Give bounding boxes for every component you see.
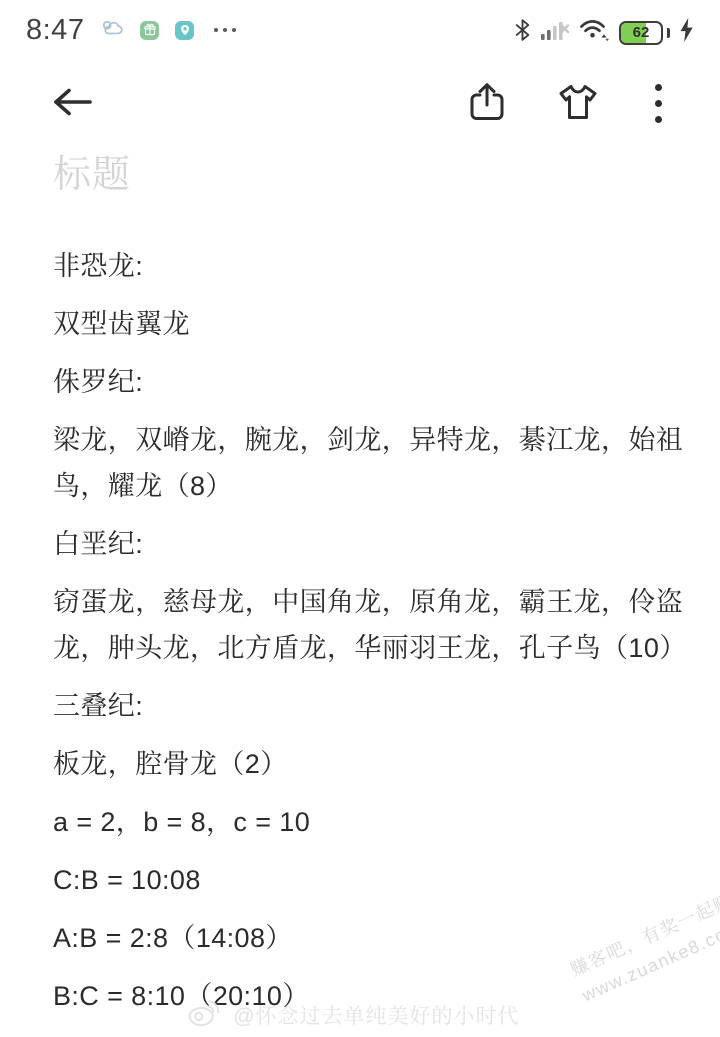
charging-bolt-icon (680, 18, 694, 47)
note-title-input[interactable]: 标题 (53, 151, 670, 199)
back-arrow-icon (52, 88, 94, 119)
status-bar-left: 8:47 (26, 15, 236, 45)
note-line: 龙，肿头龙，北方盾龙，华丽羽王龙，孔子鸟（10） (53, 625, 674, 671)
note-line: 三叠纪: (53, 683, 674, 729)
note-line: 窃蛋龙，慈母龙，中国角龙，原角龙，霸王龙，伶盗 (53, 579, 674, 625)
more-menu-button[interactable] (651, 84, 666, 123)
toolbar-actions (469, 82, 666, 125)
note-line: 侏罗纪: (53, 359, 674, 405)
note-line: 板龙，腔骨龙（2） (53, 741, 674, 787)
note-line: C:B = 10:08 (53, 857, 674, 903)
back-button[interactable] (52, 88, 94, 119)
wifi-icon (579, 17, 609, 48)
share-icon (469, 82, 505, 125)
tshirt-theme-icon (557, 83, 599, 124)
note-body-editor[interactable]: 非恐龙: 双型齿翼龙 侏罗纪: 梁龙，双嵴龙，腕龙，剑龙，异特龙，綦江龙，始祖 … (53, 243, 674, 1019)
status-bar: 8:47 (0, 0, 720, 55)
gift-app-icon (140, 21, 159, 40)
note-line: 双型齿翼龙 (53, 301, 674, 347)
notes-app-screen: 8:47 (0, 0, 720, 1037)
battery-percent: 62 (621, 23, 661, 43)
share-button[interactable] (469, 82, 505, 125)
bluetooth-icon (514, 17, 531, 48)
battery-nub (667, 28, 670, 38)
note-line: 鸟，耀龙（8） (53, 463, 674, 509)
wifi-traffic-arrows (602, 34, 610, 41)
note-line: 白垩纪: (53, 521, 674, 567)
kebab-menu-icon (655, 84, 662, 91)
battery-indicator: 62 (619, 21, 670, 45)
battery-body: 62 (619, 21, 663, 45)
note-line: 非恐龙: (53, 243, 674, 289)
more-notifications-dots (214, 28, 236, 32)
location-app-icon (175, 21, 194, 40)
signal-bars-icon (541, 18, 569, 47)
clock: 8:47 (26, 15, 84, 45)
note-line: B:C = 8:10（20:10） (53, 973, 674, 1019)
note-line: A:B = 2:8（14:08） (53, 915, 674, 961)
note-line: 梁龙，双嵴龙，腕龙，剑龙，异特龙，綦江龙，始祖 (53, 417, 674, 463)
weather-icon (100, 17, 124, 44)
theme-button[interactable] (557, 83, 599, 124)
note-line: a = 2，b = 8，c = 10 (53, 799, 674, 845)
toolbar (0, 82, 720, 124)
status-bar-right: 62 (514, 15, 694, 48)
